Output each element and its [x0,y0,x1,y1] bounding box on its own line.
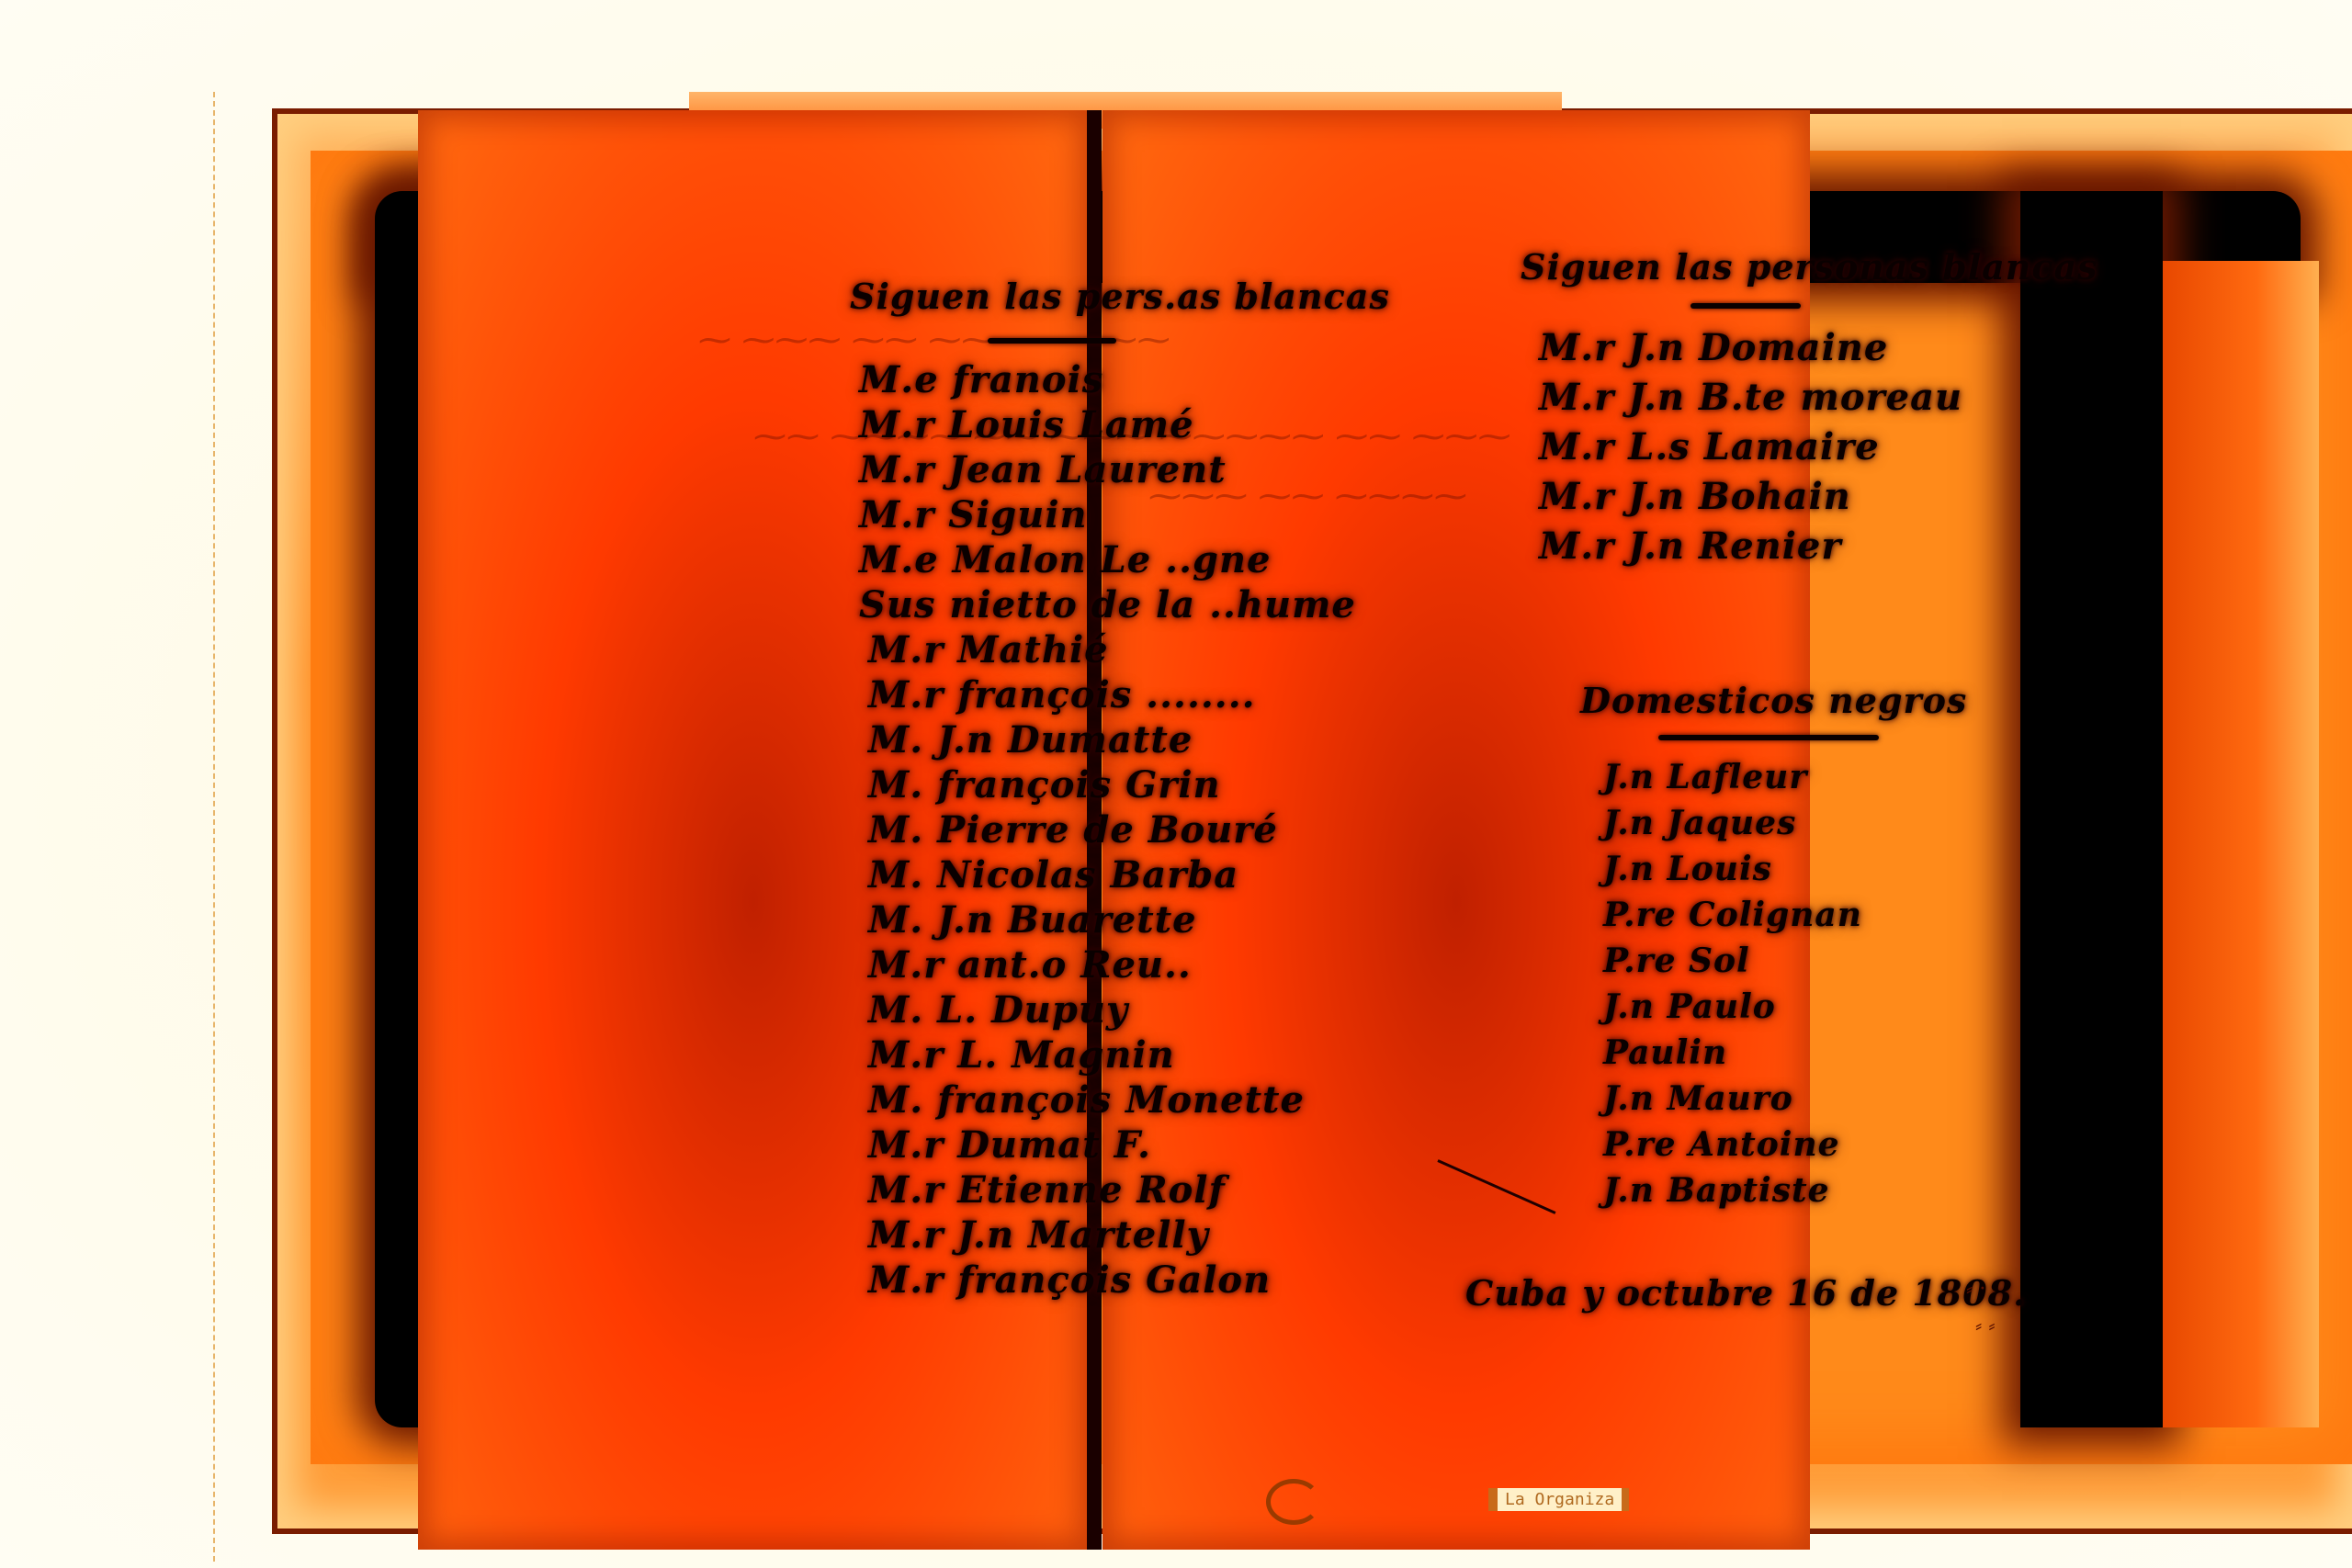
left-entry: M. françois Grin [868,763,1221,807]
right-entry: M.r J.n Renier [1539,525,1841,568]
left-entry: M.r Dumat F. [868,1123,1151,1167]
left-entry: M. Pierre de Bouré [868,808,1278,852]
domestic-entry: P.re Antoine [1603,1125,1840,1164]
left-entry: M.r Siguin [859,493,1088,536]
right-entry: M.r J.n Domaine [1539,326,1888,369]
right-entry: M.r L.s Lamaire [1539,425,1880,468]
left-entry: M.r françois ........ [868,673,1256,716]
left-entry: M.r Mathié [868,628,1109,671]
section-underline [1658,735,1879,740]
left-entry: M. L. Dupuy [868,988,1128,1032]
left-entry: M.r Etienne Rolf [868,1168,1226,1212]
left-entry: M.e franois [859,358,1103,401]
left-entry: M. J.n Buarette [868,898,1197,942]
domestic-entry: P.re Colignan [1603,896,1862,934]
mounting-clip [1266,1479,1321,1525]
left-entry: M. J.n Dumatte [868,718,1193,761]
left-entry: M. françois Monette [868,1078,1305,1122]
heading-flourish [988,338,1116,344]
domestic-entry: J.n Baptiste [1603,1171,1830,1210]
left-entry: Sus nietto de la ..hume [859,583,1356,626]
heading-flourish [1690,303,1801,309]
left-page-heading: Siguen las pers.as blancas [850,276,1390,317]
right-page-heading: Siguen las personas blancas [1521,246,2098,288]
left-entry: M.r J.n Martelly [868,1213,1209,1257]
left-entry: M. Nicolas Barba [868,853,1238,897]
section-heading: Domesticos negros [1580,680,1967,721]
left-entry: M.r Jean Laurent [859,448,1227,491]
adjacent-page-strip [2163,261,2319,1427]
left-entry: M.e Malon Le ..gne [859,538,1272,581]
domestic-entry: J.n Louis [1603,850,1772,888]
domestic-entry: Paulin [1603,1033,1727,1072]
left-entry: M.r L. Magnin [868,1033,1175,1077]
domestic-entry: J.n Paulo [1603,987,1776,1026]
left-entry: M.r ant.o Reu.. [868,943,1192,987]
left-entry: M.r françois Galon [868,1258,1271,1302]
dark-backing-right [2020,191,2163,1427]
left-entry: M.r Louis Lamé [859,403,1194,446]
date-line: Cuba y octubre 16 de 1808. [1465,1272,2026,1314]
domestic-entry: J.n Mauro [1603,1079,1793,1118]
right-entry: M.r J.n Bohain [1539,475,1851,518]
margin-marks: ⸗ · [1966,1277,1985,1301]
domestic-entry: P.re Sol [1603,942,1750,980]
domestic-entry: J.n Lafleur [1603,758,1807,796]
right-entry: M.r J.n B.te moreau [1539,376,1962,419]
domestic-entry: J.n Jaques [1603,804,1796,842]
archive-label: La Organiza [1488,1488,1629,1511]
margin-marks: ⸗ ⸗ [1975,1314,1996,1337]
